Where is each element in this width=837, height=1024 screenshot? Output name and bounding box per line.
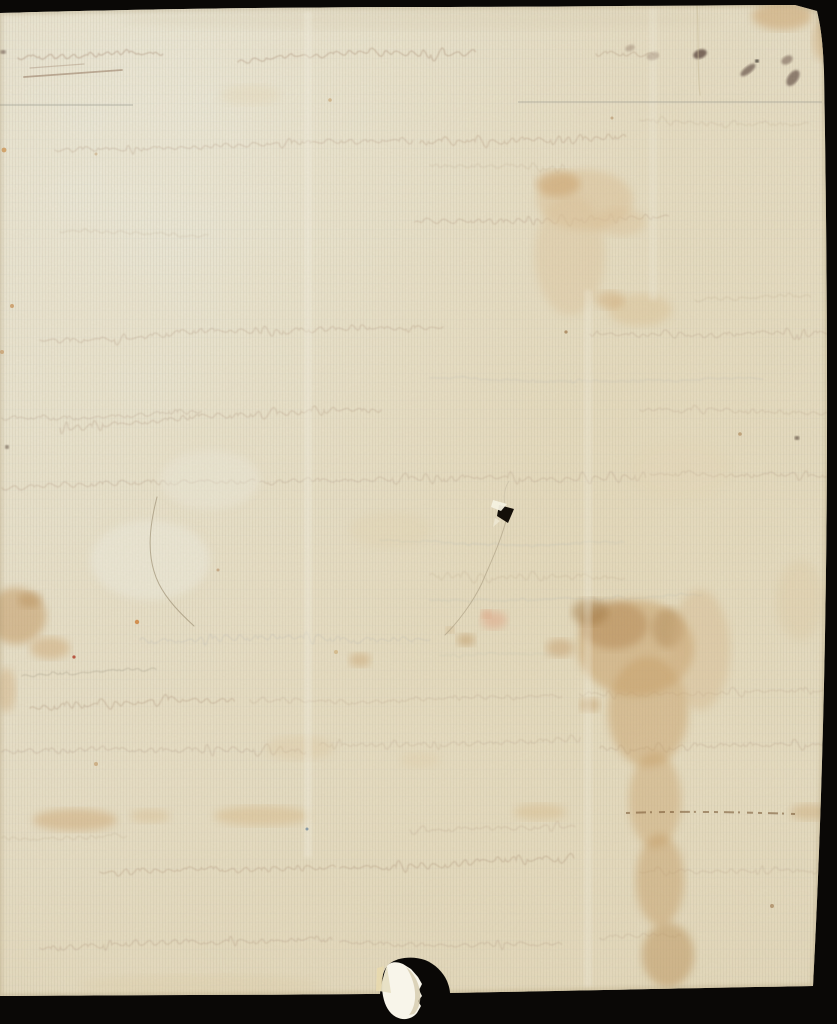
- paper-grain: [0, 0, 837, 1024]
- document-scan: Aged letter scan - blank verso: [0, 0, 837, 1024]
- scan-viewport: Aged letter scan - blank verso: [0, 0, 837, 1024]
